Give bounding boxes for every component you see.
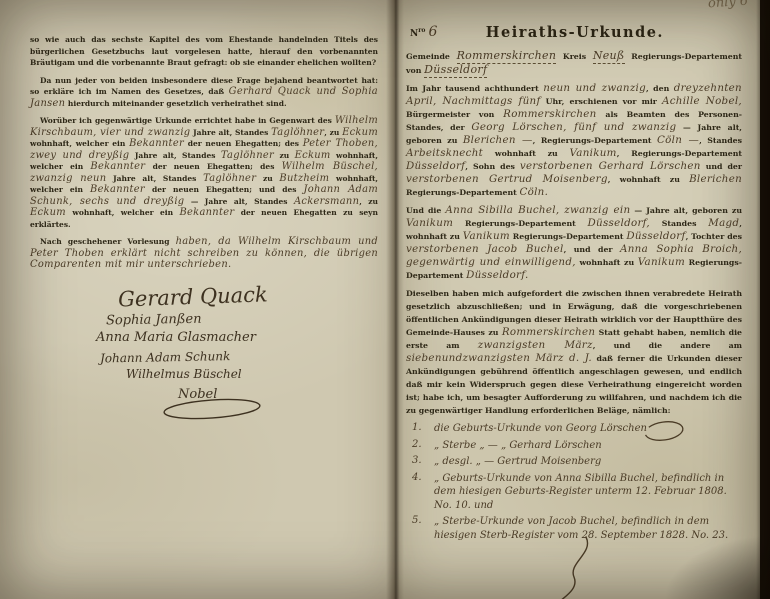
printed-text: , Tochter des — [686, 232, 742, 241]
handwritten-entry: Vanikum — [570, 147, 617, 159]
left-page: so wie auch das sechste Kapitel des vom … — [0, 0, 394, 599]
signature-witness-3: Wilhelmus Büschel — [126, 367, 378, 381]
document-items-list: 1. die Geburts-Urkunde von Georg Lörsche… — [412, 422, 742, 542]
signature-bride: Sophia Janßen — [106, 308, 378, 328]
printed-text: , Regierungs-Departement — [533, 136, 657, 145]
list-item: 3. „ desgl. „ — Gertrud Moisenberg — [412, 455, 742, 469]
handwritten-entry: Düsseldorf — [406, 160, 465, 172]
right-page: Nro 6 Heiraths-Urkunde. Gemeinde Rommers… — [394, 0, 760, 599]
handwritten-entry: Magd — [708, 217, 739, 229]
printed-text: Regierungs-Departement — [406, 188, 519, 197]
handwritten-entry: zwanzigsten März — [478, 339, 593, 351]
printed-text: Uhr, erschienen vor mir — [541, 97, 662, 106]
body-paragraph-groom: Im Jahr tausend achthundert neun und zwa… — [406, 82, 742, 199]
handwritten-entry: verstorbenen Gerhard Lörschen — [520, 160, 701, 172]
printed-text: Jahre alt, Standes — [106, 174, 203, 183]
item-text: die Geburts-Urkunde von Georg Lörschen — [434, 422, 647, 436]
handwritten-entry: Blerichen — [689, 173, 742, 185]
handwritten-entry: dreyzehnten — [674, 82, 742, 94]
handwritten-entry: Cöln. — [519, 186, 548, 198]
handwritten-entry: Bekannter — [90, 184, 145, 195]
left-paragraph-reading: Nach geschehener Vorlesung haben, da Wil… — [30, 236, 378, 271]
item-text: „ Geburts-Urkunde von Anna Sibilla Buche… — [434, 472, 734, 513]
handwritten-entry: Bekannter — [179, 207, 234, 218]
left-paragraph-witnesses: Worüber ich gegenwärtige Urkunde erricht… — [30, 115, 378, 230]
printed-text: Regierungs-Departement — [510, 232, 626, 241]
handwritten-entry: Bekannter — [129, 138, 184, 149]
handwritten-entry: Rommerskirchen — [457, 49, 557, 64]
item-number: 2. — [412, 439, 434, 453]
handwritten-entry: Vanikum — [638, 256, 685, 268]
handwritten-entry: Cöln — — [657, 134, 699, 146]
printed-text: Bürgermeister von — [406, 110, 503, 119]
printed-text: — Jahre alt, Standes — [184, 197, 294, 206]
gemeinde-line: Gemeinde Rommerskirchen Kreis Neuß Regie… — [406, 49, 742, 77]
handwritten-entry: Düsseldorf — [626, 230, 685, 242]
printed-text: der neuen Ehegatten; des — [184, 139, 303, 148]
printed-text: so wie auch das sechste Kapitel des vom … — [30, 35, 378, 67]
printed-text: , und die andere am — [593, 341, 742, 350]
handwritten-entry: verstorbenen Gertrud Moisenberg — [406, 173, 608, 185]
list-item: 1. die Geburts-Urkunde von Georg Lörsche… — [412, 422, 742, 436]
item-number: 4. — [412, 472, 434, 513]
item-text: „ Sterbe „ — „ Gerhard Lörschen — [434, 439, 602, 453]
handwritten-entry: Bekannter — [90, 161, 145, 172]
printed-text: hierdurch miteinander gesetzlich verheir… — [65, 99, 286, 108]
ink-paraph-mark — [642, 418, 686, 444]
body-paragraph-announcements: Dieselben haben mich aufgefordert die zw… — [406, 287, 742, 417]
printed-text: wohnhaft, welcher ein — [30, 139, 129, 148]
handwritten-entry: Eckum — [295, 150, 331, 161]
printed-text: Standes — [650, 219, 708, 228]
document-number-prefix: N — [410, 29, 418, 39]
handwritten-entry: Vanikum — [406, 217, 453, 229]
handwritten-entry: Eckum — [30, 207, 66, 218]
handwritten-entry: Blerichen — — [463, 134, 533, 146]
handwritten-entry: Düsseldorf — [424, 63, 487, 78]
printed-text: der neuen Ehegatten; und des — [145, 185, 304, 194]
handwritten-entry: Anna Sibilla Buchel, zwanzig ein — [445, 204, 630, 216]
document-title: Heiraths-Urkunde. — [438, 24, 712, 41]
printed-text: wohnhaft, welcher ein — [66, 208, 180, 217]
handwritten-entry: Georg Lörschen, fünf und zwanzig — [471, 121, 676, 133]
printed-text: Gemeinde — [406, 52, 457, 61]
printed-text: wohnhaft zu — [483, 149, 569, 158]
signature-flourish — [160, 395, 270, 425]
handwritten-entry: Düsseldorf, — [587, 217, 649, 229]
handwritten-entry: Düsseldorf. — [466, 269, 528, 281]
printed-text: , Sohn des — [465, 162, 520, 171]
item-number: 1. — [412, 422, 434, 436]
list-item: 4. „ Geburts-Urkunde von Anna Sibilla Bu… — [412, 472, 742, 513]
printed-text: , Regierungs-Departement — [617, 149, 742, 158]
printed-text: , zu — [359, 197, 378, 206]
handwritten-entry: neun und zwanzig — [543, 82, 646, 94]
printed-text: und der — [701, 162, 742, 171]
left-paragraph-closing-question: so wie auch das sechste Kapitel des vom … — [30, 34, 378, 69]
handwritten-entry: Rommerskirchen — [502, 326, 595, 338]
handwritten-entry: siebenundzwanzigsten März d. J. — [406, 352, 592, 364]
printed-text: , und der — [564, 245, 620, 254]
book-spread: so wie auch das sechste Kapitel des vom … — [0, 0, 770, 599]
document-number: Nro 6 — [410, 24, 438, 40]
printed-text: Jahre alt, Standes — [190, 128, 271, 137]
printed-text: Jahre alt, Standes — [129, 151, 221, 160]
handwritten-entry: April, Nachmittags fünf — [406, 95, 541, 107]
handwritten-entry: Achille Nobel, — [662, 95, 742, 107]
handwritten-entry: Taglöhner — [271, 127, 324, 138]
printed-text: Nach geschehener Vorlesung — [40, 237, 176, 246]
printed-text: zu — [256, 174, 279, 183]
printed-text: Worüber ich gegenwärtige Urkunde erricht… — [40, 116, 335, 125]
printed-text: , den — [646, 84, 674, 93]
handwritten-entry: Arbeitsknecht — [406, 147, 483, 159]
printed-text: wohnhaft zu — [576, 258, 638, 267]
printed-text: — Jahre alt, geboren zu — [630, 206, 742, 215]
item-number: 3. — [412, 455, 434, 469]
document-number-value: 6 — [429, 24, 438, 40]
signature-groom: Gerard Quack — [118, 278, 379, 311]
left-paragraph-declaration: Da nun jeder von beiden insbesondere die… — [30, 75, 378, 110]
document-number-sup: ro — [418, 27, 425, 34]
handwritten-entry: verstorbenen Jacob Buchel — [406, 243, 564, 255]
handwritten-entry: Taglöhner — [221, 150, 274, 161]
signature-witness-2: Johann Adam Schunk — [100, 346, 378, 365]
body-paragraph-bride: Und die Anna Sibilla Buchel, zwanzig ein… — [406, 204, 742, 282]
item-text: „ desgl. „ — Gertrud Moisenberg — [434, 455, 601, 469]
signature-mayor: Nobel — [178, 387, 268, 402]
signature-witness-1: Anna Maria Glasmacher — [96, 330, 378, 345]
printed-text: , Standes — [699, 136, 742, 145]
handwritten-entry: Ackersmann — [294, 196, 359, 207]
handwritten-entry: Taglöhner — [203, 173, 256, 184]
printed-text: , zu — [324, 128, 342, 137]
signature-block: Gerard Quack Sophia Janßen Anna Maria Gl… — [30, 283, 378, 402]
printed-text: Und die — [406, 206, 445, 215]
handwritten-entry: Vanikum — [463, 230, 510, 242]
handwritten-entry: Eckum — [342, 127, 378, 138]
handwritten-entry: Neuß — [593, 49, 625, 64]
list-item: 2. „ Sterbe „ — „ Gerhard Lörschen — [412, 439, 742, 453]
right-page-header: Nro 6 Heiraths-Urkunde. — [406, 24, 742, 41]
item-number: 5. — [412, 515, 434, 542]
printed-text: Kreis — [556, 52, 593, 61]
printed-text: der neuen Ehegatten; des — [145, 162, 281, 171]
closing-flourish — [534, 535, 614, 599]
printed-text: , wohnhaft zu — [608, 175, 689, 184]
printed-text: Im Jahr tausend achthundert — [406, 84, 543, 93]
printed-text: zu — [274, 151, 295, 160]
printed-text: Regierungs-Departement — [453, 219, 587, 228]
handwritten-entry: Rommerskirchen — [503, 108, 596, 120]
handwritten-entry: Butzheim — [279, 173, 329, 184]
